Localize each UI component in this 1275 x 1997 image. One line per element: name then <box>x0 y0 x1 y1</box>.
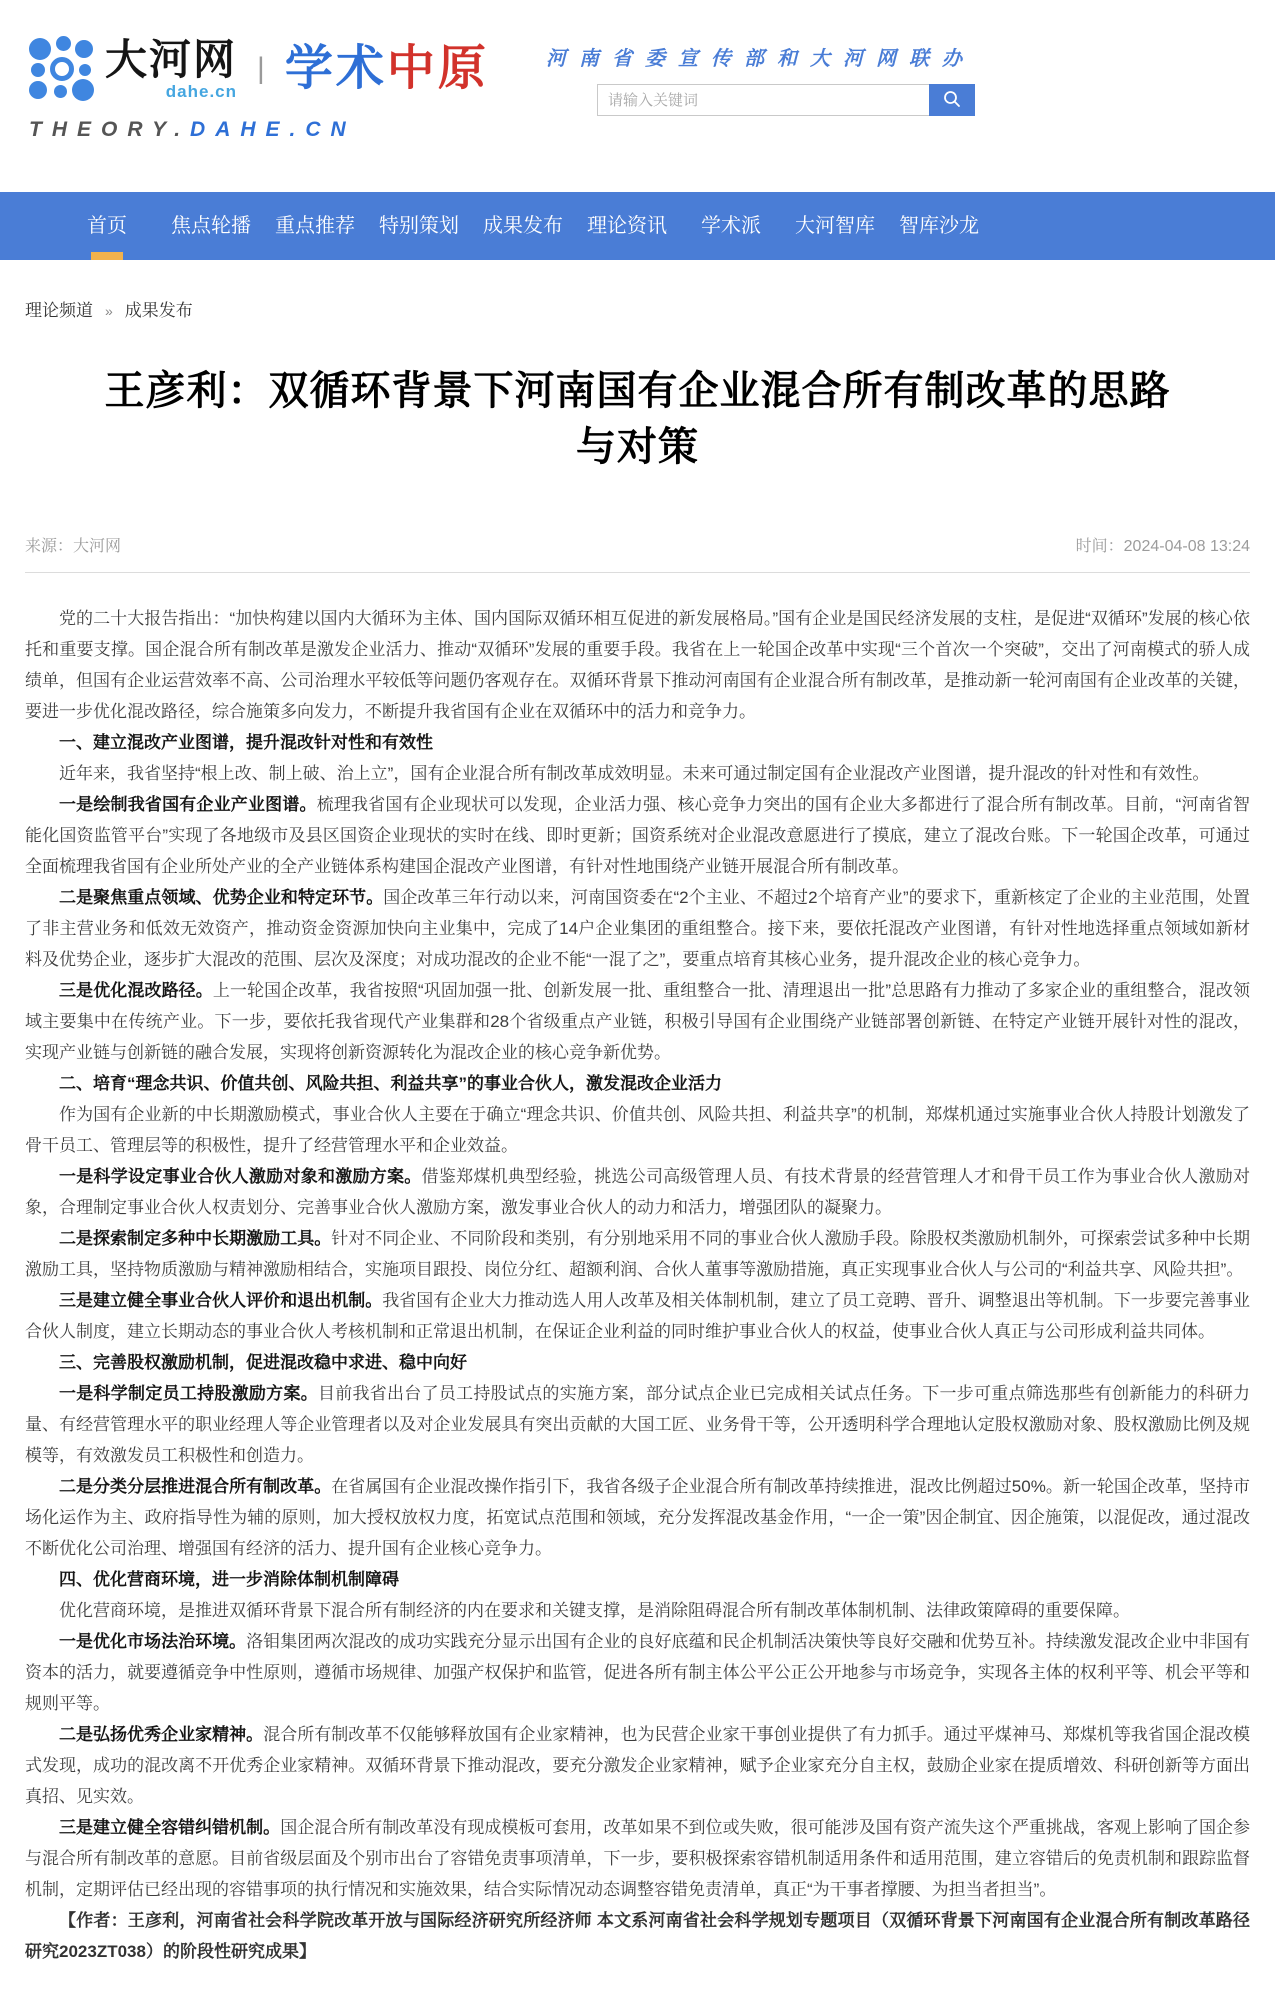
paragraph-lead: 二是分类分层推进混合所有制改革。 <box>59 1477 331 1496</box>
article-meta: 来源：大河网 时间：2024-04-08 13:24 <box>25 533 1250 556</box>
paragraph-lead: 一是科学制定员工持股激励方案。 <box>59 1384 318 1403</box>
brand-part-red: 中原 <box>387 42 489 95</box>
article-paragraph: 二是探索制定多种中长期激励工具。针对不同企业、不同阶段和类别，有分别地采用不同的… <box>25 1223 1250 1285</box>
site-url: THEORY.DAHE.CN <box>29 118 489 142</box>
nav-item-special-plan[interactable]: 特别策划 <box>367 192 471 260</box>
section-heading: 四、优化营商环境，进一步消除体制机制障碍 <box>25 1564 1250 1595</box>
article-paragraph: 党的二十大报告指出：“加快构建以国内大循环为主体、国内国际双循环相互促进的新发展… <box>25 603 1250 727</box>
nav-item-thinktank-salon[interactable]: 智库沙龙 <box>887 192 991 260</box>
article-page: 理论频道»成果发布 王彦利：双循环背景下河南国有企业混合所有制改革的思路与对策 … <box>25 296 1250 1997</box>
paragraph-lead: 三是建立健全事业合伙人评价和退出机制。 <box>59 1291 382 1310</box>
breadcrumb-channel[interactable]: 理论频道 <box>25 301 93 320</box>
nav-item-focus-carousel[interactable]: 焦点轮播 <box>159 192 263 260</box>
article-paragraph: 二是聚焦重点领域、优势企业和特定环节。国企改革三年行动以来，河南国资委在“2个主… <box>25 882 1250 975</box>
active-tab-indicator <box>91 252 123 260</box>
article-time: 时间：2024-04-08 13:24 <box>1076 533 1250 556</box>
site-header: 大河网 dahe.cn | 学术中原 THEORY.DAHE.CN 河南省委宣传… <box>0 0 1275 192</box>
paragraph-lead: 三是优化混改路径。 <box>59 981 213 1000</box>
nav-item-label: 学术派 <box>701 215 761 237</box>
paragraph-lead: 二是弘扬优秀企业家精神。 <box>59 1725 263 1744</box>
search-bar <box>597 84 975 116</box>
nav-item-key-recommend[interactable]: 重点推荐 <box>263 192 367 260</box>
article-paragraph: 三是建立健全容错纠错机制。国企混合所有制改革没有现成模板可套用，改革如果不到位或… <box>25 1812 1250 1905</box>
dahe-logo-subtext: dahe.cn <box>166 84 237 100</box>
article-paragraph: 作为国有企业新的中长期激励模式，事业合伙人主要在于确立“理念共识、价值共创、风险… <box>25 1099 1250 1161</box>
article-paragraph: 三是建立健全事业合伙人评价和退出机制。我省国有企业大力推动选人用人改革及相关体制… <box>25 1285 1250 1347</box>
site-brand[interactable]: 学术中原 <box>285 44 489 94</box>
header-slogan: 河南省委宣传部和大河网联办 <box>546 42 975 71</box>
article-paragraph: 一是优化市场法治环境。洛钼集团两次混改的成功实践充分显示出国有企业的良好底蕴和民… <box>25 1626 1250 1719</box>
nav-item-label: 智库沙龙 <box>899 215 979 237</box>
site-url-dahe: DAHE.CN <box>190 118 356 141</box>
section-heading: 二、培育“理念共识、价值共创、风险共担、利益共享”的事业合伙人，激发混改企业活力 <box>25 1068 1250 1099</box>
nav-item-home[interactable]: 首页 <box>55 192 159 260</box>
article-paragraph: 一是科学设定事业合伙人激励对象和激励方案。借鉴郑煤机典型经验，挑选公司高级管理人… <box>25 1161 1250 1223</box>
nav-item-theory-news[interactable]: 理论资讯 <box>575 192 679 260</box>
brand-part-blue: 学术 <box>285 42 387 95</box>
article-paragraph: 二是分类分层推进混合所有制改革。在省属国有企业混改操作指引下，我省各级子企业混合… <box>25 1471 1250 1564</box>
breadcrumb: 理论频道»成果发布 <box>25 296 1250 321</box>
article-body: 党的二十大报告指出：“加快构建以国内大循环为主体、国内国际双循环相互促进的新发展… <box>25 603 1250 1967</box>
article-title: 王彦利：双循环背景下河南国有企业混合所有制改革的思路与对策 <box>88 363 1188 475</box>
nav-item-label: 焦点轮播 <box>171 215 251 237</box>
search-button[interactable] <box>929 84 975 116</box>
article-paragraph: 一是科学制定员工持股激励方案。目前我省出台了员工持股试点的实施方案，部分试点企业… <box>25 1378 1250 1471</box>
search-icon <box>942 89 962 112</box>
nav-item-label: 理论资讯 <box>587 215 667 237</box>
nav-item-label: 重点推荐 <box>275 215 355 237</box>
logo-separator: | <box>257 52 265 86</box>
author-note: 【作者：王彦利，河南省社会科学院改革开放与国际经济研究所经济师 本文系河南省社会… <box>25 1905 1250 1967</box>
article-source: 来源：大河网 <box>25 533 121 556</box>
breadcrumb-current[interactable]: 成果发布 <box>125 301 193 320</box>
paragraph-lead: 一是优化市场法治环境。 <box>59 1632 246 1651</box>
nav-item-academic[interactable]: 学术派 <box>679 192 783 260</box>
search-input[interactable] <box>597 84 929 116</box>
paragraph-lead: 二是探索制定多种中长期激励工具。 <box>59 1229 331 1248</box>
nav-item-label: 成果发布 <box>483 215 563 237</box>
article-paragraph: 一是绘制我省国有企业产业图谱。梳理我省国有企业现状可以发现，企业活力强、核心竞争… <box>25 789 1250 882</box>
paragraph-lead: 三是建立健全容错纠错机制。 <box>59 1818 280 1837</box>
article-paragraph: 三是优化混改路径。上一轮国企改革，我省按照“巩固加强一批、创新发展一批、重组整合… <box>25 975 1250 1068</box>
section-heading: 一、建立混改产业图谱，提升混改针对性和有效性 <box>25 727 1250 758</box>
logo-block: 大河网 dahe.cn | 学术中原 THEORY.DAHE.CN <box>29 36 489 142</box>
site-url-theory: THEORY. <box>29 118 190 141</box>
dahe-logo[interactable]: 大河网 dahe.cn <box>105 38 237 100</box>
article-paragraph: 优化营商环境，是推进双循环背景下混合所有制经济的内在要求和关键支撑，是消除阻碍混… <box>25 1595 1250 1626</box>
article-paragraph: 二是弘扬优秀企业家精神。混合所有制改革不仅能够释放国有企业家精神，也为民营企业家… <box>25 1719 1250 1812</box>
paragraph-lead: 二是聚焦重点领域、优势企业和特定环节。 <box>59 888 383 907</box>
article-paragraph: 近年来，我省坚持“根上改、制上破、治上立”，国有企业混合所有制改革成效明显。未来… <box>25 758 1250 789</box>
nav-item-label: 大河智库 <box>795 215 875 237</box>
main-nav: 首页焦点轮播重点推荐特别策划成果发布理论资讯学术派大河智库智库沙龙 <box>0 192 1275 260</box>
breadcrumb-separator-icon: » <box>105 303 113 319</box>
dahe-logo-text: 大河网 <box>105 38 237 82</box>
nav-item-dahe-thinktank[interactable]: 大河智库 <box>783 192 887 260</box>
paragraph-lead: 一是科学设定事业合伙人激励对象和激励方案。 <box>59 1167 422 1186</box>
dahe-logo-icon[interactable] <box>29 36 95 102</box>
nav-item-label: 特别策划 <box>379 215 459 237</box>
meta-divider <box>25 572 1250 573</box>
nav-item-achievements[interactable]: 成果发布 <box>471 192 575 260</box>
nav-item-label: 首页 <box>87 215 127 237</box>
section-heading: 三、完善股权激励机制，促进混改稳中求进、稳中向好 <box>25 1347 1250 1378</box>
paragraph-lead: 一是绘制我省国有企业产业图谱。 <box>59 795 317 814</box>
